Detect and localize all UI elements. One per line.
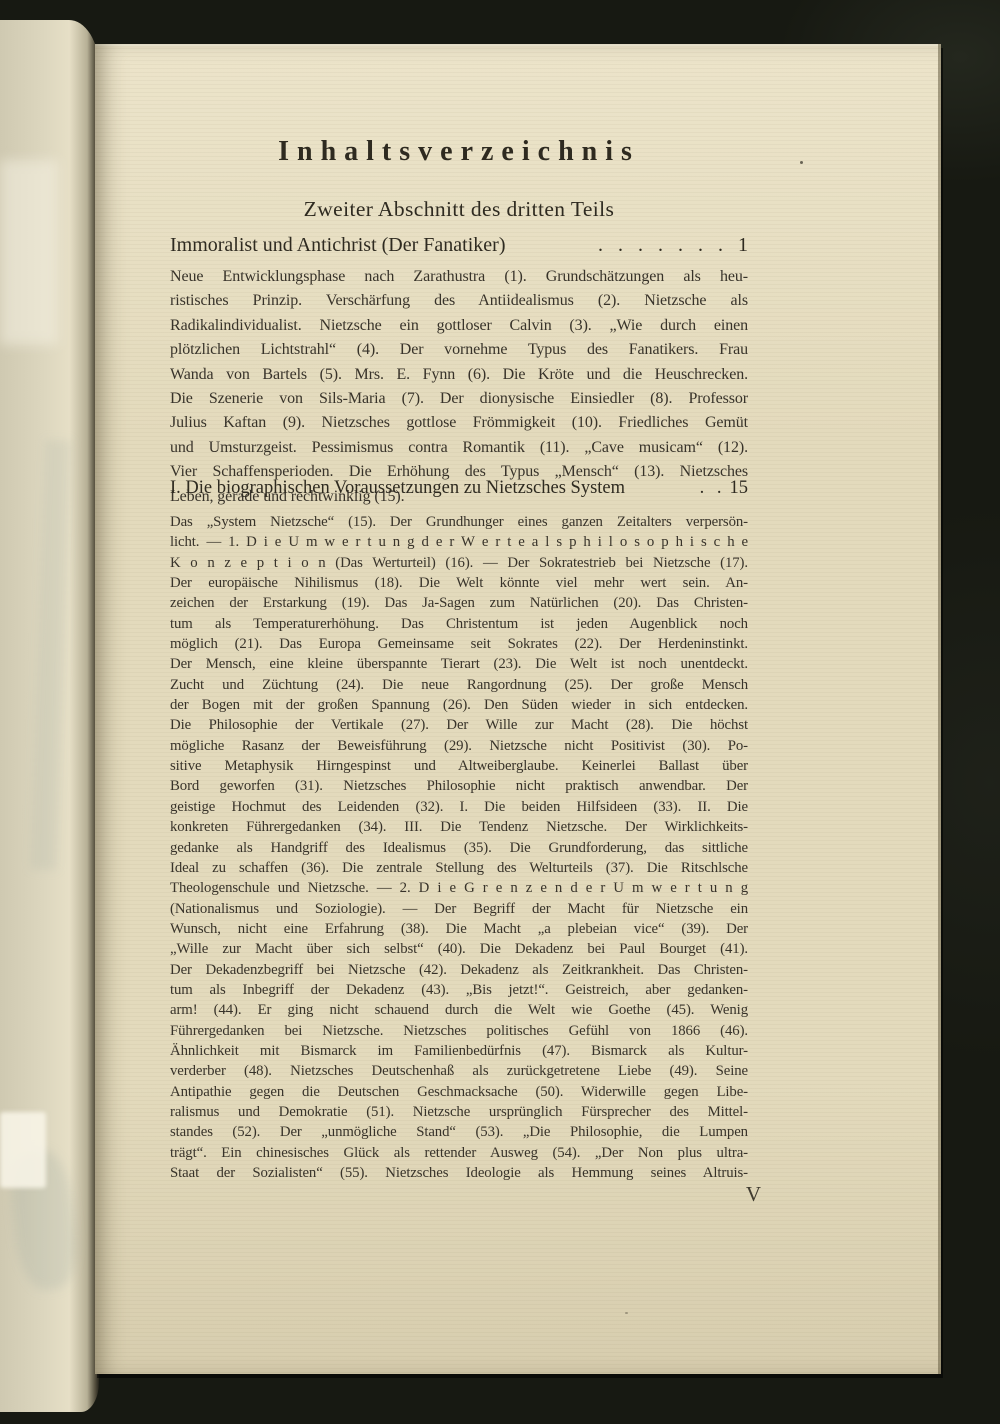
- toc-text-line: ralismus und Demokratie (51). Nietzsche …: [170, 1102, 748, 1122]
- chapter-entry-label: I. Die biographischen Voraussetzungen zu…: [170, 478, 625, 499]
- toc-text-line: Ideal zu schaffen (36). Die zentrale Ste…: [170, 858, 748, 878]
- toc-text-line: konkreten Führergedanken (34). III. Die …: [170, 817, 748, 837]
- toc-text-line: Neue Entwicklungsphase nach Zarathustra …: [170, 265, 748, 289]
- toc-text-line: Das „System Nietzsche“ (15). Der Grundhu…: [170, 512, 748, 532]
- toc-text-line: K o n z e p t i o n (Das Werturteil) (16…: [170, 553, 748, 573]
- toc-text-line: zeichen der Erstarkung (19). Das Ja-Sage…: [170, 593, 748, 613]
- toc-text-line: Antipathie gegen die Deutschen Geschmack…: [170, 1082, 748, 1102]
- toc-text-line: der Bogen mit der großen Spannung (26). …: [170, 695, 748, 715]
- toc-text-line: licht. — 1. D i e U m w e r t u n g d e …: [170, 532, 748, 552]
- toc-text-line: Bord geworfen (31). Nietzsches Philosoph…: [170, 776, 748, 796]
- toc-text-line: geistige Hochmut des Leidenden (32). I. …: [170, 797, 748, 817]
- toc-text-line: mögliche Rasanz der Beweisführung (29). …: [170, 736, 748, 756]
- toc-text-line: sitive Metaphysik Hirngespinst und Altwe…: [170, 756, 748, 776]
- toc-text-line: tum als Temperaturerhöhung. Das Christen…: [170, 614, 748, 634]
- toc-text-line: (Nationalismus und Soziologie). — Der Be…: [170, 899, 748, 919]
- toc-text-line: verderber (48). Nietzsches Deutschenhaß …: [170, 1061, 748, 1081]
- toc-text-line: und Umsturzgeist. Pessimismus contra Rom…: [170, 436, 748, 460]
- toc-text-line: Wunsch, nicht eine Erfahrung (38). Die M…: [170, 919, 748, 939]
- toc-entry-page-ref: 1: [738, 234, 748, 257]
- dot-leader: . .: [690, 478, 730, 499]
- toc-text-line: tum als Inbegriff der Dekadenz (43). „Bi…: [170, 980, 748, 1000]
- dust-speck: [800, 161, 803, 164]
- toc-text-line: standes (52). Der „unmögliche Stand“ (53…: [170, 1122, 748, 1142]
- chapter-annotation-paragraph: Das „System Nietzsche“ (15). Der Grundhu…: [170, 512, 748, 1183]
- show-through-mark: [31, 440, 72, 871]
- toc-text-line: Radikalindividualist. Nietzsche ein gott…: [170, 314, 748, 338]
- page-content: Inhaltsverzeichnis Zweiter Abschnitt des…: [170, 44, 748, 1374]
- toc-text-line: „Wille zur Macht über sich selbst“ (40).…: [170, 939, 748, 959]
- facing-page-light-patch: [0, 160, 58, 345]
- toc-text-line: trägt“. Ein chinesisches Glück als rette…: [170, 1143, 748, 1163]
- toc-text-line: Der Mensch, eine kleine überspannte Tier…: [170, 654, 748, 674]
- section-subtitle: Zweiter Abschnitt des dritten Teils: [170, 197, 748, 222]
- toc-text-line: Julius Kaftan (9). Nietzsches gottlose F…: [170, 411, 748, 435]
- facing-page-bright-patch: [0, 1112, 46, 1188]
- toc-text-line: Theologenschule und Nietzsche. — 2. D i …: [170, 878, 748, 898]
- toc-text-line: gedanke als Handgriff des Idealismus (35…: [170, 838, 748, 858]
- toc-entry: Immoralist und Antichrist (Der Fanatiker…: [170, 234, 748, 257]
- page-number: V: [184, 1182, 762, 1207]
- toc-text-line: Zucht und Züchtung (24). Die neue Rangor…: [170, 675, 748, 695]
- toc-text-line: Der Dekadenzbegriff bei Nietzsche (42). …: [170, 960, 748, 980]
- toc-text-line: arm! (44). Er ging nicht schauend durch …: [170, 1000, 748, 1020]
- toc-text-line: Ähnlichkeit mit Bismarck im Familienbedü…: [170, 1041, 748, 1061]
- toc-text-line: Der europäische Nihilismus (18). Die Wel…: [170, 573, 748, 593]
- toc-text-line: Die Philosophie der Vertikale (27). Der …: [170, 715, 748, 735]
- book-page: Inhaltsverzeichnis Zweiter Abschnitt des…: [95, 44, 941, 1374]
- scanned-book-photo: { "colors":{ "bg":"#171912", "paper":"#e…: [0, 0, 1000, 1424]
- dot-leader: . . . . . . .: [584, 234, 738, 257]
- page-title: Inhaltsverzeichnis: [170, 136, 748, 168]
- toc-text-line: plötzlichen Lichtstrahl“ (4). Der vorneh…: [170, 338, 748, 362]
- toc-text-line: ristisches Prinzip. Verschärfung des Ant…: [170, 289, 748, 313]
- chapter-entry: I. Die biographischen Voraussetzungen zu…: [170, 478, 748, 499]
- toc-text-line: Wanda von Bartels (5). Mrs. E. Fynn (6).…: [170, 363, 748, 387]
- facing-page: [0, 20, 99, 1412]
- toc-text-line: möglich (21). Das Europa Gemeinsame seit…: [170, 634, 748, 654]
- toc-annotation-paragraph: Neue Entwicklungsphase nach Zarathustra …: [170, 265, 748, 509]
- toc-text-line: Führergedanken bei Nietzsche. Nietzsches…: [170, 1021, 748, 1041]
- toc-entry-label: Immoralist und Antichrist (Der Fanatiker…: [170, 234, 505, 257]
- toc-text-line: Staat der Sozialisten“ (55). Nietzsches …: [170, 1163, 748, 1183]
- chapter-entry-page-ref: 15: [730, 478, 749, 499]
- toc-text-line: Die Szenerie von Sils-Maria (7). Der dio…: [170, 387, 748, 411]
